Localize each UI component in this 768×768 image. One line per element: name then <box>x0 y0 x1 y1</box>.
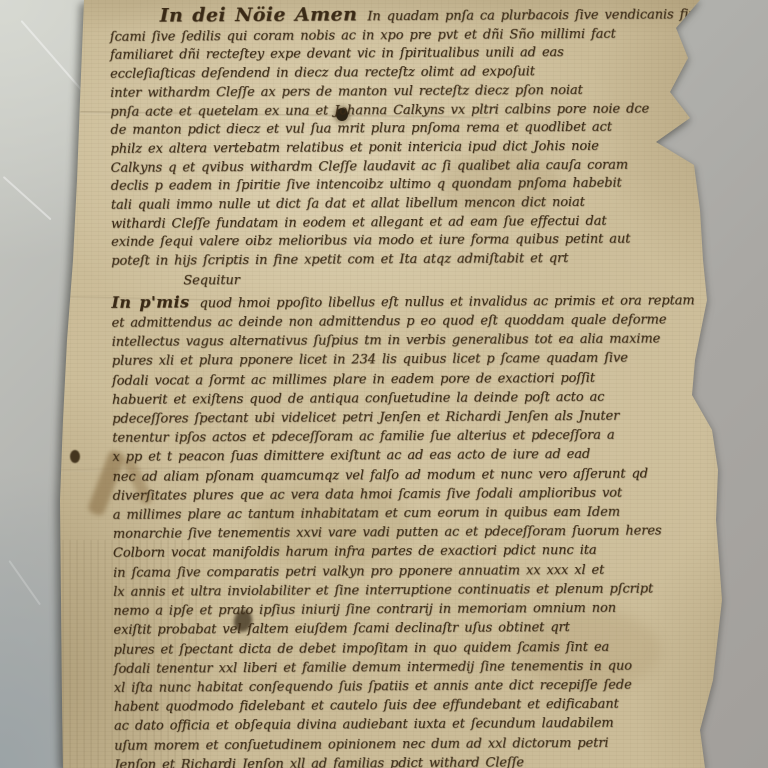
manuscript-section-opening: In p'mis <box>111 292 189 312</box>
manuscript-text: In dei Nöie Amen In quadam pnſa ca plurb… <box>110 3 715 768</box>
manuscript-paper: In dei Nöie Amen In quadam pnſa ca plurb… <box>0 0 768 768</box>
manuscript-line-text: In quadam pnſa ca plurbacois ſive vendic… <box>367 6 711 27</box>
stain-dot <box>70 450 80 463</box>
manuscript-closing-word: Sequitur <box>111 268 711 291</box>
manuscript-lines-block-2: et admittendus ac deinde non admittendus… <box>112 310 715 768</box>
manuscript-paragraph-2: In p'mis quod hmoi ppoſito libellus eſt … <box>111 289 714 768</box>
paper-shadow-wrap: In dei Nöie Amen In quadam pnſa ca plurb… <box>0 0 768 768</box>
manuscript-paragraph-1: In dei Nöie Amen In quadam pnſa ca plurb… <box>110 3 712 291</box>
manuscript-line: Jenſon et Richardi Jenſon xll ad familia… <box>114 752 714 768</box>
manuscript-opening-words: In dei Nöie Amen <box>160 5 358 25</box>
photo-of-manuscript: In dei Nöie Amen In quadam pnſa ca plurb… <box>0 0 768 768</box>
manuscript-lines-block-1: ſcami ſive ſedilis qui coram nobis ac in… <box>110 25 711 272</box>
